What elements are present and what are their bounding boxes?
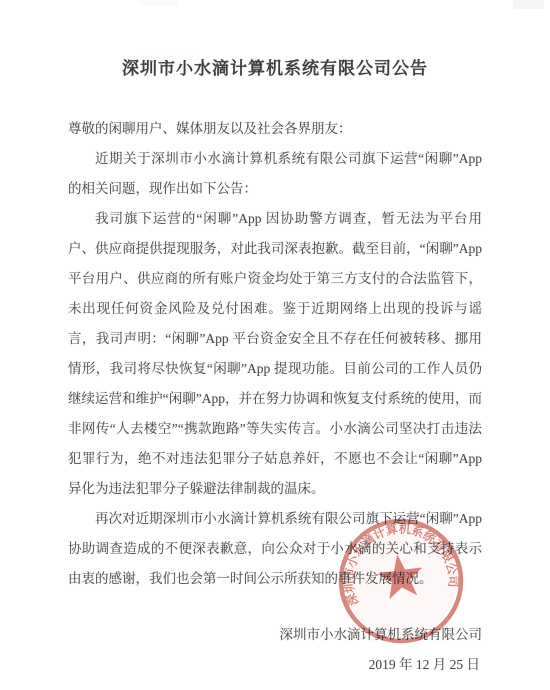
body-paragraph: 近期关于深圳市小水滴计算机系统有限公司旗下运营“闲聊”App 的相关问题，现作出… — [68, 144, 482, 204]
signature-date: 2019 年 12 月 25 日 — [68, 650, 482, 680]
signature-block: 深圳市小水滴计算机系统有限公司 2019 年 12 月 25 日 — [68, 620, 482, 680]
scan-smudge — [513, 0, 544, 9]
greeting-line: 尊敬的闲聊用户、媒体朋友以及社会各界朋友： — [68, 114, 482, 144]
scan-smudge — [140, 0, 178, 6]
signature-company: 深圳市小水滴计算机系统有限公司 — [68, 620, 482, 650]
page-title: 深圳市小水滴计算机系统有限公司公告 — [68, 56, 482, 82]
body-paragraph: 再次对近期深圳市小水滴计算机系统有限公司旗下运营“闲聊”App 协助调查造成的不… — [68, 504, 482, 594]
body-paragraph: 我司旗下运营的“闲聊”App 因协助警方调查，暂无法为平台用户、供应商提供提现服… — [68, 204, 482, 504]
announcement-page: 深圳市小水滴计算机系统有限公司公告 尊敬的闲聊用户、媒体朋友以及社会各界朋友： … — [0, 0, 550, 690]
document-body: 尊敬的闲聊用户、媒体朋友以及社会各界朋友： 近期关于深圳市小水滴计算机系统有限公… — [68, 114, 482, 594]
